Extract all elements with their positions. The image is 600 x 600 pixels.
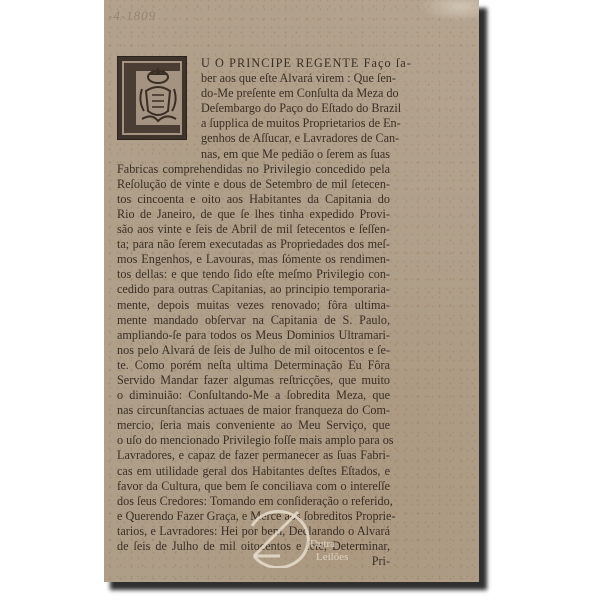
text-line: são aos vinte e ſeis de Abril de mil ſet… bbox=[117, 222, 390, 237]
text-line: ampliando-ſe para todos os Meus Dominios… bbox=[117, 328, 390, 343]
drop-cap-background bbox=[122, 61, 182, 135]
paper-stain bbox=[419, 0, 479, 22]
text-line: mos Engenhos, e Lavouras, mas ſómente os… bbox=[117, 252, 390, 267]
text-line: mente, depois muitas vezes renovado; fôr… bbox=[117, 298, 390, 313]
document-text: U O PRINCIPE REGENTE Faço ſa- ber aos qu… bbox=[117, 56, 390, 569]
document-page: -4-1809 U O PRINCIPE REGENTE Faço ſa- be… bbox=[104, 0, 479, 582]
text-line: mente mandado obſervar na Capitania de S… bbox=[117, 313, 390, 328]
text-line: nos pelo Alvará de ſeis de Julho de mil … bbox=[117, 343, 390, 358]
text-line: nas, em que Me pedião o ſerem as ſuas bbox=[117, 147, 390, 162]
crown-eagle-icon bbox=[122, 61, 182, 135]
text-line: cedido para outras Capitanias, ao princi… bbox=[117, 282, 390, 297]
text-line: nas circunſtancias actuaes de maior fran… bbox=[117, 403, 390, 418]
text-line: o uſo do mencionado Privilegio foſſe mai… bbox=[117, 433, 390, 448]
watermark-line-2: Leilões bbox=[316, 551, 348, 563]
text-line: mercio, ſeria mais conveniente ao Meu Se… bbox=[117, 418, 390, 433]
text-line: tos cincoenta e oito aos Habitantes da C… bbox=[117, 192, 390, 207]
watermark: Dutra Leilões bbox=[240, 498, 400, 568]
pencil-annotation: -4-1809 bbox=[108, 8, 156, 24]
text-line: Servido Mandar fazer algumas reſtricções… bbox=[117, 373, 390, 388]
dutra-logo-icon bbox=[240, 498, 320, 568]
text-line: Reſolução de vinte e dous de Setembro de… bbox=[117, 177, 390, 192]
text-line: te. Como porém neſta ultima Determinação… bbox=[117, 358, 390, 373]
text-line: o diminuião: Conſultando-Me a ſobredita … bbox=[117, 388, 390, 403]
text-line: tos dellas: e que tendo ſido eſte meſmo … bbox=[117, 267, 390, 282]
ornamental-drop-cap bbox=[117, 56, 187, 140]
watermark-line-1: Dutra bbox=[310, 538, 335, 550]
text-line: Lavradores, e capaz de fazer permanecer … bbox=[117, 448, 390, 463]
text-line: Fabricas comprehendidas no Privilegio co… bbox=[117, 162, 390, 177]
text-line: favor da Cultura, que bem ſe conciliava … bbox=[117, 479, 390, 494]
text-line: Rio de Janeiro, de que ſe lhes tinha exp… bbox=[117, 207, 390, 222]
text-line: cas em utilidade geral dos Habitantes de… bbox=[117, 464, 390, 479]
text-line: ta; para não ſerem executadas as Proprie… bbox=[117, 237, 390, 252]
